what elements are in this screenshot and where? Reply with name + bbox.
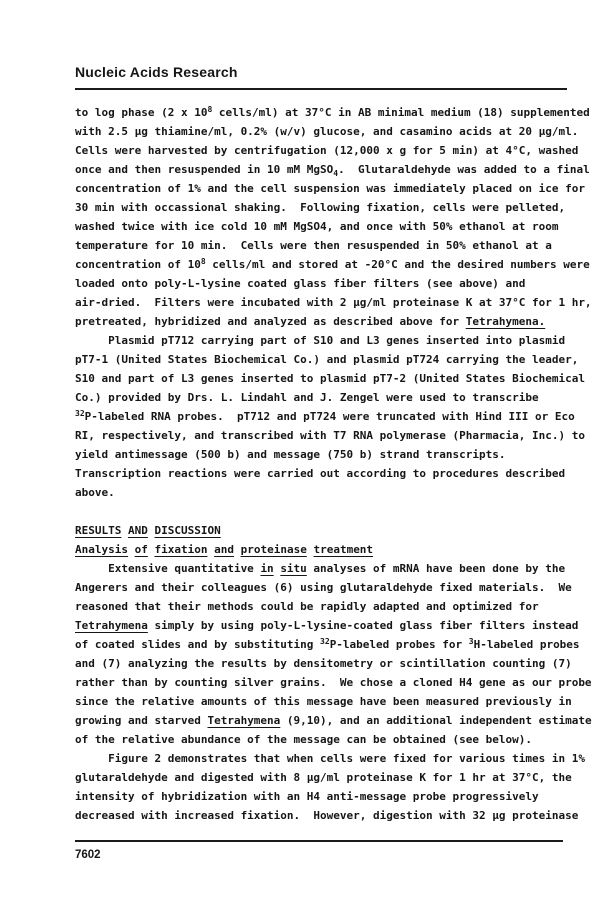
text-line: rather than by counting silver grains. W… <box>75 673 595 692</box>
text-line: Plasmid pT712 carrying part of S10 and L… <box>75 331 595 350</box>
text-line: washed twice with ice cold 10 mM MgSO4, … <box>75 217 595 236</box>
text-line: RI, respectively, and transcribed with T… <box>75 426 595 445</box>
text-line: reasoned that their methods could be rap… <box>75 597 595 616</box>
text-line: with 2.5 µg thiamine/ml, 0.2% (w/v) gluc… <box>75 122 595 141</box>
header-rule <box>75 88 567 90</box>
text-line: Tetrahymena simply by using poly-L-lysin… <box>75 616 595 635</box>
text-line: to log phase (2 x 108 cells/ml) at 37°C … <box>75 103 595 122</box>
text-line: glutaraldehyde and digested with 8 µg/ml… <box>75 768 595 787</box>
section-heading: RESULTS AND DISCUSSION <box>75 521 595 540</box>
journal-header: Nucleic Acids Research <box>75 64 238 80</box>
text-line: and (7) analyzing the results by densito… <box>75 654 595 673</box>
text-line: yield antimessage (500 b) and message (7… <box>75 445 595 464</box>
text-line: Cells were harvested by centrifugation (… <box>75 141 595 160</box>
text-line: Extensive quantitative in situ analyses … <box>75 559 595 578</box>
text-line: concentration of 1% and the cell suspens… <box>75 179 595 198</box>
subsection-heading: Analysis of fixation and proteinase trea… <box>75 540 595 559</box>
text-line: pT7-1 (United States Biochemical Co.) an… <box>75 350 595 369</box>
text-line: growing and starved Tetrahymena (9,10), … <box>75 711 595 730</box>
text-line: temperature for 10 min. Cells were then … <box>75 236 595 255</box>
text-line: Angerers and their colleagues (6) using … <box>75 578 595 597</box>
text-line: 30 min with occassional shaking. Followi… <box>75 198 595 217</box>
text-line: once and then resuspended in 10 mM MgSO4… <box>75 160 595 179</box>
text-line: pretreated, hybridized and analyzed as d… <box>75 312 595 331</box>
text-line: Transcription reactions were carried out… <box>75 464 595 483</box>
text-line: above. <box>75 483 595 502</box>
text-line: S10 and part of L3 genes inserted to pla… <box>75 369 595 388</box>
text-line: air-dried. Filters were incubated with 2… <box>75 293 595 312</box>
page-number: 7602 <box>75 849 101 861</box>
text-line: loaded onto poly-L-lysine coated glass f… <box>75 274 595 293</box>
text-line: Co.) provided by Drs. L. Lindahl and J. … <box>75 388 595 407</box>
text-line: intensity of hybridization with an H4 an… <box>75 787 595 806</box>
text-line: of coated slides and by substituting 32P… <box>75 635 595 654</box>
text-line: concentration of 108 cells/ml and stored… <box>75 255 595 274</box>
text-line <box>75 502 595 521</box>
document-body: to log phase (2 x 108 cells/ml) at 37°C … <box>75 103 595 825</box>
text-line: 32P-labeled RNA probes. pT712 and pT724 … <box>75 407 595 426</box>
footer-rule <box>75 840 563 842</box>
text-line: since the relative amounts of this messa… <box>75 692 595 711</box>
text-line: Figure 2 demonstrates that when cells we… <box>75 749 595 768</box>
journal-page: Nucleic Acids Research to log phase (2 x… <box>0 0 610 917</box>
text-line: decreased with increased fixation. Howev… <box>75 806 595 825</box>
text-line: of the relative abundance of the message… <box>75 730 595 749</box>
